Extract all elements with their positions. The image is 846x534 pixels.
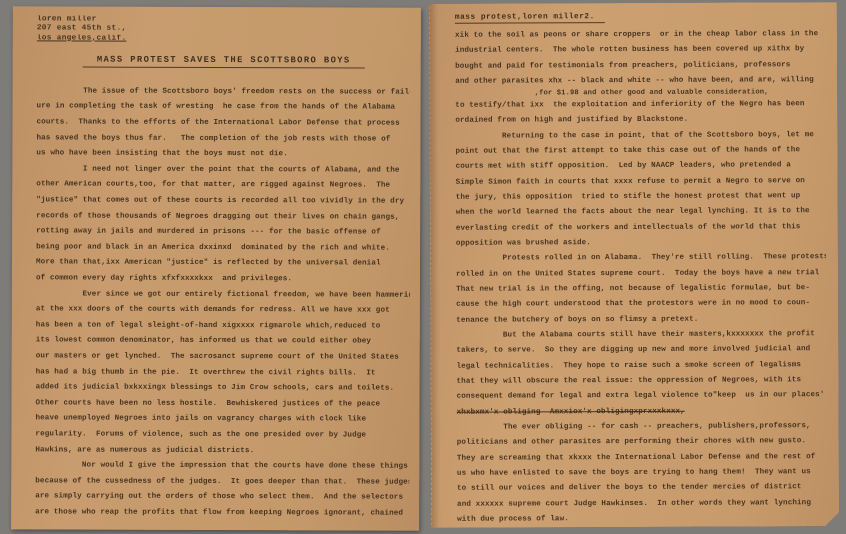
text-line: consequent demand for legal and extra le… — [457, 389, 827, 406]
text-line: Nor would I give the impression that the… — [35, 459, 409, 476]
text-line: xhxbxmx'x obliging Amxxiox'x obligingxpr… — [457, 404, 827, 421]
text-line: Hawkins, are as numerous as judicial dis… — [35, 443, 409, 460]
text-line: I need not linger over the point that th… — [36, 162, 410, 179]
page-1-body-text: The issue of the Scottsboro boys' freedo… — [35, 84, 411, 522]
text-line: us who have enlisted to save the boys ar… — [457, 465, 827, 482]
text-line: rolled in on the United States supreme c… — [456, 266, 826, 283]
page-2: mass protest,loren miller2. xik to the s… — [429, 2, 839, 528]
text-line: its lowest common denominator, has infor… — [36, 334, 410, 351]
text-line: regularity. Forums of violence, such as … — [35, 427, 409, 444]
text-line: when the world learned the facts about t… — [456, 204, 826, 221]
text-line: and xxxxxx supreme court Judge Hawkinses… — [457, 496, 827, 513]
text-line: The issue of the Scottsboro boys' freedo… — [37, 84, 411, 101]
text-line: records of those thousands of Negroes dr… — [36, 209, 410, 226]
text-line: point out that the first attempt to take… — [455, 143, 825, 160]
text-line: tenance the butchery of boys on so flims… — [456, 312, 826, 329]
text-line: industrial centers. The whole rotten bus… — [455, 43, 825, 60]
page-2-heading: mass protest,loren miller2. — [455, 12, 825, 24]
text-line: But the Alabama courts still have their … — [456, 327, 826, 344]
text-line: Other courts have been no less hostile. … — [35, 396, 409, 413]
text-line: other American courts,too, for that matt… — [36, 178, 410, 195]
text-line: to still our voices and deliver the boys… — [457, 481, 827, 498]
text-line: That new trial is in the offing, not bec… — [456, 281, 826, 298]
text-line: has had a big thumb in the pie. It overt… — [36, 365, 410, 382]
text-line: opposition was brushed aside. — [456, 235, 826, 252]
text-line: courts. Thanks to the efforts of the Int… — [36, 115, 410, 132]
text-line: of common every day rights xfxfxxxxkxx a… — [36, 271, 410, 288]
text-line: politicians and other parasites are perf… — [457, 435, 827, 452]
text-line: the jury, this opposition tried to stifl… — [456, 189, 826, 206]
text-line: ure in completing the task of wresting h… — [37, 100, 411, 117]
text-line: los angeles,calif. — [37, 34, 411, 45]
text-line: us who have been insisting that the boys… — [36, 147, 410, 164]
page-title: MASS PROTEST SAVES THE SCOTTSBORO BOYS — [37, 54, 411, 68]
text-line: everlasting credit of the workers and in… — [456, 220, 826, 237]
text-line: takers, to serve. So they are digging up… — [456, 343, 826, 360]
text-line: has been a ton of legal sleight-of-hand … — [36, 318, 410, 335]
text-line: bought and paid for testimonials from pr… — [455, 58, 825, 75]
text-line: xik to the soil as peons or share croppe… — [455, 27, 825, 44]
text-line: at the xxx doors of the courts with dema… — [36, 303, 410, 320]
author-address-block: loren miller207 east 45th st.,los angele… — [37, 15, 411, 44]
text-line: and other parasites xhx -- black and whi… — [455, 73, 825, 90]
text-line: "justice" that comes out of these courts… — [36, 193, 410, 210]
text-line: with due process of law. — [457, 511, 827, 528]
text-line: are those who reap the profits that flow… — [35, 505, 409, 522]
text-line: heave unemployed Negroes into jails on v… — [35, 412, 409, 429]
page-2-heading-text: mass protest,loren miller2. — [455, 13, 605, 24]
text-line: Returning to the case in point, that of … — [455, 128, 825, 145]
text-line: Simple Simon faith in courts that xxxx r… — [456, 174, 826, 191]
text-line: legal technicalities. They hope to raise… — [456, 358, 826, 375]
text-line: Protests rolled in on Alabama. They're s… — [456, 250, 826, 267]
page-fold-edge — [429, 4, 440, 528]
desk-surface: loren miller207 east 45th st.,los angele… — [0, 0, 846, 534]
text-line: ordained from on high and justified by B… — [455, 112, 825, 129]
text-line: being poor and black in an America dxxin… — [36, 240, 410, 257]
page-title-text: MASS PROTEST SAVES THE SCOTTSBORO BOYS — [83, 54, 365, 68]
text-line: More than that,ixx American "justice" is… — [36, 256, 410, 273]
text-line: has saved the boys thus far. The complet… — [36, 131, 410, 148]
page-2-body-text: xik to the soil as peons or share croppe… — [455, 27, 827, 528]
text-line: are simply carrying out the orders of th… — [35, 490, 409, 507]
text-line: to testify/that ixx the exploitation and… — [455, 97, 825, 114]
text-line: our masters or get lynched. The sacrosan… — [36, 349, 410, 366]
text-line: courts met with stiff opposition. Led by… — [456, 158, 826, 175]
text-line: that they will obscure the real issue: t… — [456, 373, 826, 390]
text-line: added its judicial bxkxxingx blessings t… — [36, 381, 410, 398]
page-1: loren miller207 east 45th st.,los angele… — [11, 6, 421, 530]
text-line: The ever obliging -- for cash -- preache… — [457, 419, 827, 436]
text-line: Ever since we got our entirely fictional… — [36, 287, 410, 304]
text-line: cause the high court understood that the… — [456, 297, 826, 314]
text-line: because of the cussedness of the judges.… — [35, 474, 409, 491]
text-line: rotting away in jails and murdered in pr… — [36, 225, 410, 242]
text-line: They are screaming that xkxxx the Intern… — [457, 450, 827, 467]
